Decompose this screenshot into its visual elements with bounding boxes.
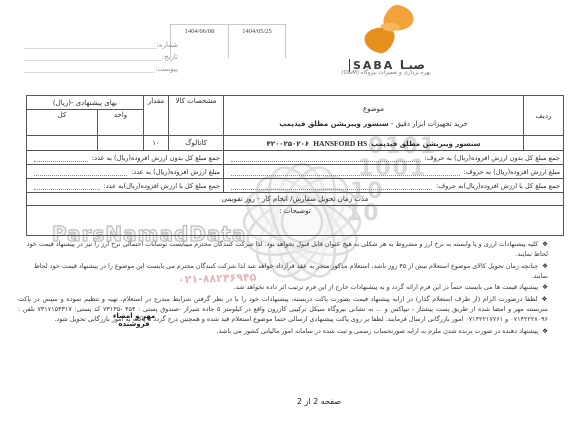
sum-label: جمع مبلغ کل با ارزش افزوده(ریال)به عدد: — [104, 182, 221, 190]
ref-row-attachment: پیوست: — [22, 62, 178, 73]
bullet-icon: ❖ — [542, 240, 548, 248]
item-row-number-cell — [524, 136, 564, 151]
term-item: ❖پیشنهاد قیمت ها می بایست حتماً در این ف… — [18, 282, 548, 292]
subject-title-item: سنسور ویبریشن مطلق فیدپمپ — [279, 120, 388, 128]
dotted-line — [34, 155, 88, 162]
item-brand: HANSFORD HS — [313, 139, 367, 148]
ref-row-number: شماره: — [22, 38, 178, 49]
term-item: ❖کلیه پیشنهادات ارزی و یا وابسته به نرخ … — [18, 239, 548, 260]
sum-label: جمع مبلغ کل با ارزش افزوده(ریال)به حروف: — [436, 182, 560, 190]
date-cell: 1404/06/08 — [170, 25, 228, 58]
ref-row-date: تاریخ: — [22, 50, 178, 61]
sum-row-without-vat: جمع مبلغ کل بدون ارزش افزوده(ریال) به حر… — [27, 151, 564, 165]
subject-title: خرید تجهیزات ابزار دقیق - سنسور ویبریشن … — [227, 120, 520, 128]
dotted-line — [231, 183, 432, 190]
subject-header-label: موضوع — [227, 105, 520, 113]
bullet-icon: ❖ — [541, 295, 548, 303]
sum-label: مبلغ ارزش افزوده(ریال) به عدد: — [131, 168, 220, 176]
col-header-specs: مشخصات کالا — [169, 96, 224, 136]
delivery-time-row: مدت زمان تحویل سفارش/ انجام کار - روز تق… — [27, 193, 564, 206]
item-code: ۴۲۰۰۲۵۰۲۰۶ — [266, 140, 309, 148]
subject-title-prefix: خرید تجهیزات ابزار دقیق - — [389, 120, 468, 128]
term-item: ❖چنانچه زمان تحویل کالای موضوع استعلام ب… — [18, 261, 548, 282]
total-figures-cell: جمع مبلغ کل با ارزش افزوده(ریال)به عدد: — [27, 179, 224, 193]
inquiry-table: ردیف موضوع خرید تجهیزات ابزار دقیق - سنس… — [26, 95, 564, 236]
term-text: کلیه پیشنهادات ارزی و یا وابسته به نرخ ا… — [27, 240, 548, 258]
dates-box: 1404/06/08 1404/05/25 — [170, 24, 286, 57]
number-label: شماره: — [157, 41, 178, 49]
col-header-subject: موضوع خرید تجهیزات ابزار دقیق - سنسور وی… — [224, 96, 524, 136]
date-label: تاریخ: — [162, 53, 178, 61]
item-description-cell: سنسور ویبریشن مطلق فیدپمپHANSFORD HS۴۲۰۰… — [224, 136, 524, 151]
sum-label: جمع مبلغ کل بدون ارزش افزوده(ریال) به حر… — [425, 154, 560, 162]
saba-logo-icon — [352, 3, 426, 55]
sum-row-with-vat: جمع مبلغ کل با ارزش افزوده(ریال)به حروف:… — [27, 179, 564, 193]
col-header-unit-price: واحد — [98, 110, 144, 136]
bullet-icon: ❖ — [542, 327, 548, 335]
sum-words-cell: جمع مبلغ کل بدون ارزش افزوده(ریال) به حر… — [224, 151, 564, 165]
term-text: پیشنهاد قیمت ها می بایست حتماً در این فر… — [234, 283, 539, 291]
sum-label: جمع مبلغ کل بدون ارزش افزوده(ریال) به عد… — [92, 154, 220, 162]
dotted-line — [231, 169, 460, 176]
item-qty-cell: ۱۰ — [144, 136, 169, 151]
vat-words-cell: مبلغ ارزش افزوده(ریال) به حروف: — [224, 165, 564, 179]
notes-row: توضیحات : — [27, 206, 564, 236]
term-text: چنانچه زمان تحویل کالای موضوع استعلام بی… — [34, 262, 548, 280]
sum-figures-cell: جمع مبلغ کل بدون ارزش افزوده(ریال) به عد… — [27, 151, 224, 165]
vat-row: مبلغ ارزش افزوده(ریال) به حروف: مبلغ ارز… — [27, 165, 564, 179]
sum-label: مبلغ ارزش افزوده(ریال) به حروف: — [464, 168, 560, 176]
item-name-fa: سنسور ویبریشن مطلق فیدپمپ — [371, 140, 480, 148]
page-number: صفحه 2 از 2 — [284, 397, 354, 406]
col-header-row: ردیف — [524, 96, 564, 136]
dotted-line — [34, 183, 100, 190]
dotted-line — [34, 169, 127, 176]
item-specs-cell: کاتالوگ — [169, 136, 224, 151]
fill-line — [24, 53, 162, 61]
item-total-price-cell — [27, 136, 98, 151]
total-words-cell: جمع مبلغ کل با ارزش افزوده(ریال)به حروف: — [224, 179, 564, 193]
bullet-icon: ❖ — [542, 283, 548, 291]
bullet-icon: ❖ — [542, 262, 548, 270]
col-header-total-price: کل — [27, 110, 98, 136]
inquiry-form-page: { "header": { "brand_fa": "صبـا", "brand… — [0, 0, 576, 438]
seller-signature-label: مهر و امضاء فروشنده — [98, 312, 170, 328]
item-row: سنسور ویبریشن مطلق فیدپمپHANSFORD HS۴۲۰۰… — [27, 136, 564, 151]
term-text: پیشنهاد دهنده در صورت برنده شدن ملزم به … — [217, 327, 539, 335]
delivery-time-cell: مدت زمان تحویل سفارش/ انجام کار - روز تق… — [27, 193, 564, 206]
dotted-line — [231, 155, 421, 162]
vat-figures-cell: مبلغ ارزش افزوده(ریال) به عدد: — [27, 165, 224, 179]
notes-cell: توضیحات : — [27, 206, 564, 236]
brand-tagline: بهره برداری و تعمیرات نیروگاه (O&M) — [322, 70, 450, 76]
date-cell: 1404/05/25 — [228, 25, 286, 58]
fill-line — [24, 41, 157, 49]
col-header-qty: مقدار — [144, 96, 169, 136]
col-header-price-group: بهای پیشنهادی -(ریال) — [27, 96, 144, 110]
attachment-label: پیوست: — [155, 65, 178, 73]
fill-line — [24, 65, 155, 73]
item-unit-price-cell — [98, 136, 144, 151]
